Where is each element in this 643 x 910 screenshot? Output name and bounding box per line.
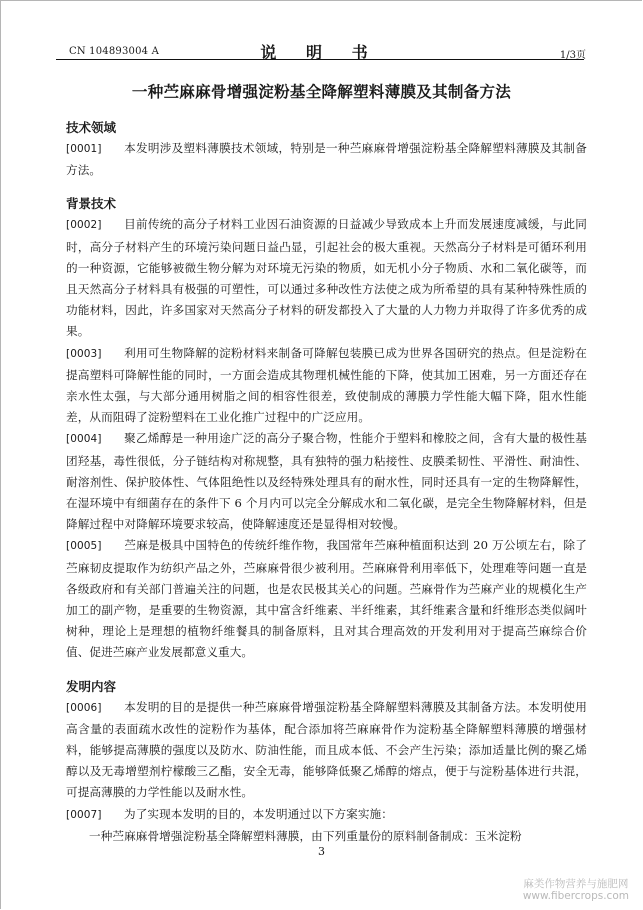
section-heading-background: 背景技术: [66, 194, 587, 214]
paragraph-number: [0005]: [66, 536, 124, 557]
paragraph-text: 利用可生物降解的淀粉材料来制备可降解包装膜已成为世界各国研究的热点。但是淀粉在提…: [66, 346, 587, 425]
paragraph-0003: [0003]利用可生物降解的淀粉材料来制备可降解包装膜已成为世界各国研究的热点。…: [66, 343, 587, 429]
paragraph-text: 为了实现本发明的目的，本发明通过以下方案实施：: [124, 807, 393, 821]
paragraph-text: 聚乙烯醇是一种用途广泛的高分子聚合物，性能介于塑料和橡胶之间，含有大量的极性基团…: [66, 431, 587, 531]
paragraph-text: 本发明涉及塑料薄膜技术领域，特别是一种苎麻麻骨增强淀粉基全降解塑料薄膜及其制备方…: [66, 141, 587, 177]
paragraph-text: 一种苎麻麻骨增强淀粉基全降解塑料薄膜，由下列重量份的原料制备制成：玉米淀粉: [89, 829, 522, 843]
paragraph-number: [0002]: [66, 215, 124, 236]
paragraph-number: [0004]: [66, 429, 124, 450]
paragraph-0005: [0005]苎麻是极具中国特色的传统纤维作物，我国常年苎麻种植面积达到 20 万…: [66, 535, 587, 663]
paragraph-0002: [0002]目前传统的高分子材料工业因石油资源的日益减少导致成本上升而发展速度减…: [66, 214, 587, 342]
section-heading-summary: 发明内容: [66, 677, 587, 697]
page-header: CN 104893004 A 说 明 书 1/3页: [56, 33, 584, 60]
section-heading-technical-field: 技术领域: [66, 118, 587, 138]
paragraph-text: 目前传统的高分子材料工业因石油资源的日益减少导致成本上升而发展速度减缓，与此同时…: [66, 217, 587, 338]
watermark-url: www.fibercrops.com: [523, 890, 629, 902]
paragraph-0006: [0006]本发明的目的是提供一种苎麻麻骨增强淀粉基全降解塑料薄膜及其制备方法。…: [66, 697, 587, 804]
page-indicator: 1/3页: [560, 46, 586, 61]
paragraph-0001: [0001]本发明涉及塑料薄膜技术领域，特别是一种苎麻麻骨增强淀粉基全降解塑料薄…: [66, 138, 587, 181]
paragraph-number: [0001]: [66, 139, 124, 160]
paragraph-number: [0003]: [66, 344, 124, 365]
watermark: 麻类作物营养与施肥网 www.fibercrops.com: [523, 878, 629, 902]
paragraph-text: 苎麻是极具中国特色的传统纤维作物，我国常年苎麻种植面积达到 20 万公顷左右，除…: [66, 538, 587, 659]
paragraph-number: [0006]: [66, 698, 124, 719]
paragraph-continuation: 一种苎麻麻骨增强淀粉基全降解塑料薄膜，由下列重量份的原料制备制成：玉米淀粉: [66, 826, 587, 847]
footer-page-number: 3: [0, 845, 643, 858]
watermark-site-name: 麻类作物营养与施肥网: [523, 878, 629, 890]
paragraph-text: 本发明的目的是提供一种苎麻麻骨增强淀粉基全降解塑料薄膜及其制备方法。本发明使用高…: [66, 700, 587, 800]
document-body: 技术领域 [0001]本发明涉及塑料薄膜技术领域，特别是一种苎麻麻骨增强淀粉基全…: [66, 118, 587, 847]
paragraph-0004: [0004]聚乙烯醇是一种用途广泛的高分子聚合物，性能介于塑料和橡胶之间，含有大…: [66, 428, 587, 535]
document-type-title: 说 明 书: [56, 40, 584, 63]
paragraph-0007: [0007]为了实现本发明的目的，本发明通过以下方案实施：: [66, 804, 587, 826]
paragraph-number: [0007]: [66, 805, 124, 826]
patent-title: 一种苎麻麻骨增强淀粉基全降解塑料薄膜及其制备方法: [0, 80, 643, 102]
